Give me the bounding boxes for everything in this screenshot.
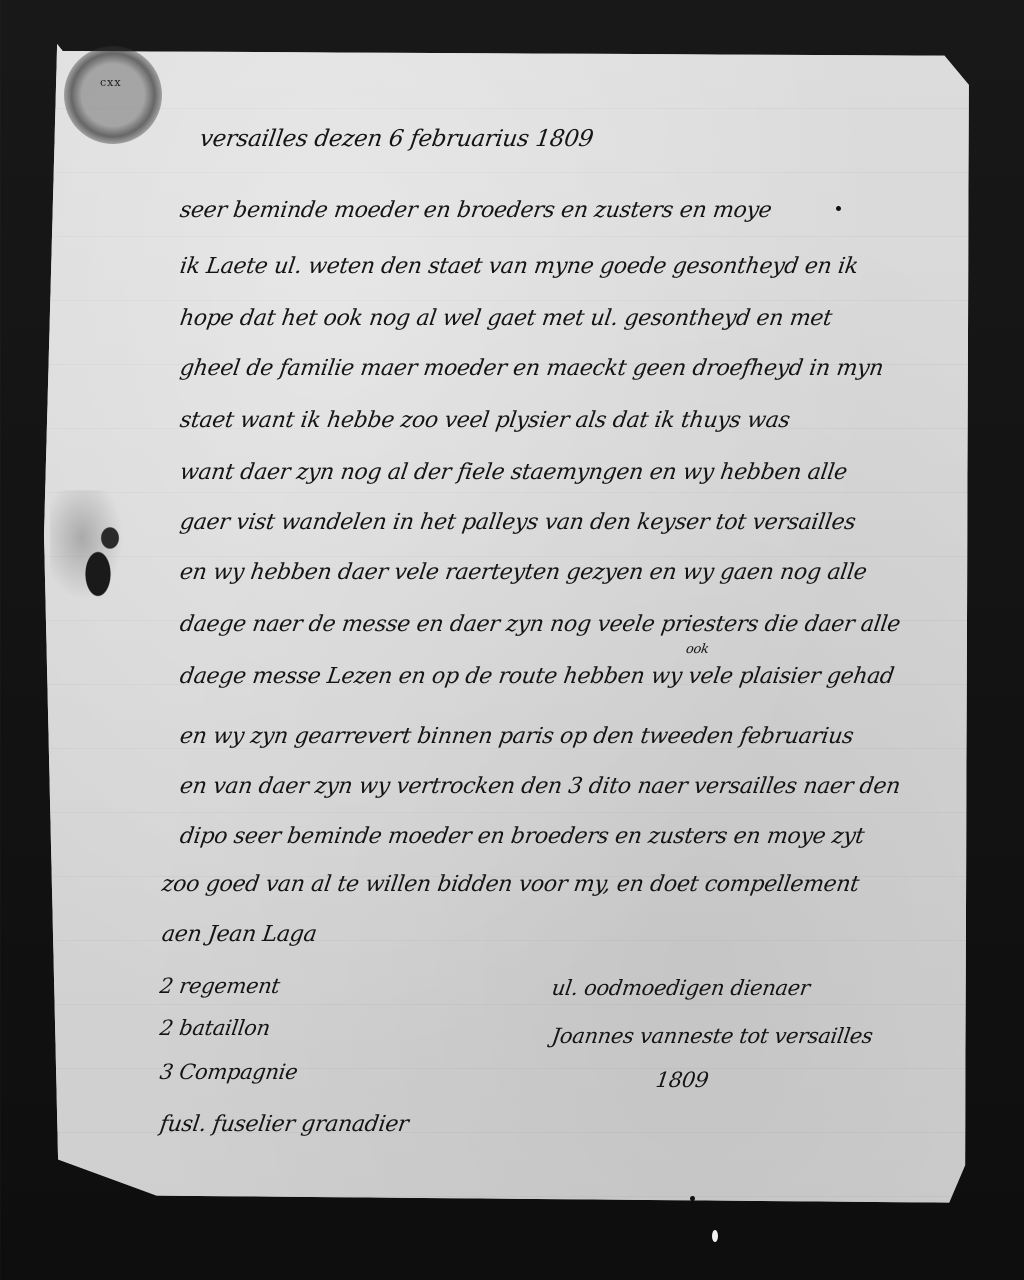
unit-regiment: 2 regement [158, 974, 281, 998]
body-line-8: en wy hebben daer vele raerteyten gezyen… [178, 560, 868, 585]
unit-rank: fusl. fuselier granadier [158, 1112, 410, 1137]
closing-year: 1809 [654, 1068, 710, 1092]
body-line-5: staet want ik hebbe zoo veel plysier als… [178, 408, 791, 433]
body-line-2: ik Laete ul. weten den staet van myne go… [178, 254, 859, 279]
interlinear-insert: ook [685, 642, 710, 657]
seal-mark: cxx [100, 76, 122, 89]
scanned-document: cxx versailles dezen 6 februarius 1809 s… [0, 0, 1024, 1280]
body-line-14: zoo goed van al te willen bidden voor my… [160, 872, 860, 897]
ink-speck [690, 1196, 695, 1201]
unit-company: 3 Compagnie [158, 1060, 299, 1084]
body-line-15: aen Jean Laga [160, 922, 318, 947]
paper-damage [50, 490, 130, 610]
body-line-13: dipo seer beminde moeder en broeders en … [178, 824, 866, 849]
body-line-12: en van daer zyn wy vertrocken den 3 dito… [178, 774, 902, 799]
body-line-4: gheel de familie maer moeder en maeckt g… [178, 356, 885, 381]
signature: Joannes vanneste tot versailles [550, 1024, 874, 1048]
body-line-3: hope dat het ook nog al wel gaet met ul.… [178, 306, 833, 331]
closing-salutation: ul. oodmoedigen dienaer [550, 976, 811, 1000]
body-line-6: want daer zyn nog al der fiele staemynge… [178, 460, 848, 485]
wax-seal-stain [64, 46, 162, 144]
body-line-9: daege naer de messe en daer zyn nog veel… [178, 612, 901, 637]
unit-battalion: 2 bataillon [158, 1016, 271, 1040]
body-line-1: seer beminde moeder en broeders en zuste… [178, 198, 773, 223]
scan-artifact [712, 1230, 718, 1242]
ink-speck [836, 206, 841, 211]
body-line-7: gaer vist wandelen in het palleys van de… [178, 510, 857, 535]
body-line-11: en wy zyn gearrevert binnen paris op den… [178, 724, 855, 749]
body-line-10: daege messe Lezen en op de route hebben … [178, 664, 895, 689]
letter-date-heading: versailles dezen 6 februarius 1809 [198, 126, 595, 152]
